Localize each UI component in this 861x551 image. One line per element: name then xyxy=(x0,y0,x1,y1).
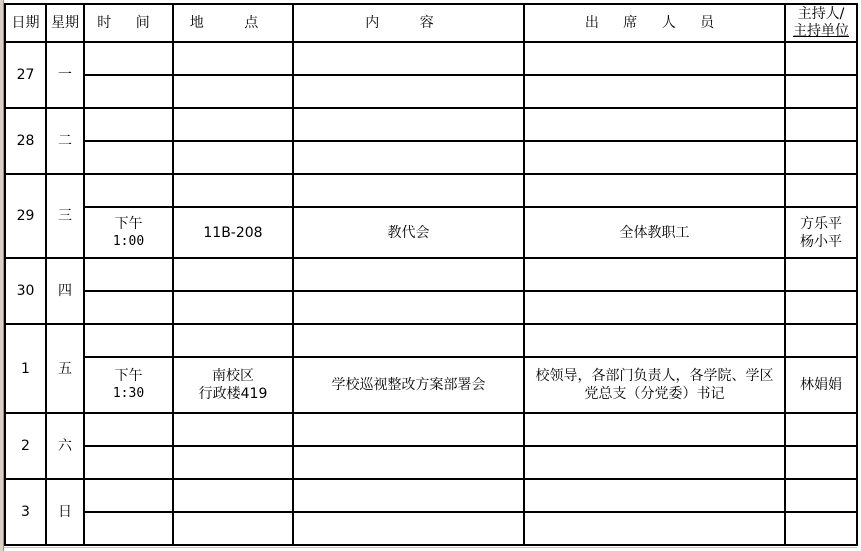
header-attendees: 出 席 人 员 xyxy=(524,4,785,42)
header-row: 日期 星期 时 间 地 点 内 容 出 席 人 员 主持人/ 主持单位 xyxy=(5,4,857,42)
attendees-cell[interactable] xyxy=(524,291,785,324)
time-cell[interactable] xyxy=(84,174,173,207)
header-host-line1: 主持人/ xyxy=(786,6,856,23)
attendees-cell[interactable] xyxy=(524,512,785,545)
content-cell[interactable] xyxy=(293,174,524,207)
weekday-cell[interactable]: 五 xyxy=(46,324,84,413)
table-row xyxy=(5,512,857,545)
weekday-cell[interactable]: 四 xyxy=(46,258,84,324)
place-cell[interactable] xyxy=(173,512,293,545)
host-cell[interactable] xyxy=(785,75,857,108)
weekday-cell[interactable]: 日 xyxy=(46,479,84,545)
table-row: 29 三 xyxy=(5,174,857,207)
table-row: 3 日 xyxy=(5,479,857,512)
time-cell[interactable] xyxy=(84,324,173,357)
host-cell[interactable] xyxy=(785,108,857,141)
host-cell[interactable] xyxy=(785,291,857,324)
attendees-cell[interactable] xyxy=(524,413,785,446)
time-line1: 下午 xyxy=(85,215,172,233)
date-cell[interactable]: 30 xyxy=(5,258,46,324)
host-cell[interactable] xyxy=(785,512,857,545)
header-time: 时 间 xyxy=(84,4,173,42)
time-cell[interactable] xyxy=(84,258,173,291)
attendees-cell[interactable] xyxy=(524,258,785,291)
place-cell[interactable] xyxy=(173,141,293,174)
weekday-cell[interactable]: 二 xyxy=(46,108,84,174)
date-cell[interactable]: 2 xyxy=(5,413,46,479)
place-cell[interactable] xyxy=(173,108,293,141)
host-line1: 方乐平 xyxy=(786,215,856,233)
place-cell[interactable] xyxy=(173,324,293,357)
host-line2: 杨小平 xyxy=(786,233,856,251)
meeting-schedule-table: 日期 星期 时 间 地 点 内 容 出 席 人 员 主持人/ 主持单位 27 一… xyxy=(4,3,858,546)
place-line1: 11B-208 xyxy=(174,224,292,242)
attendees-cell[interactable] xyxy=(524,324,785,357)
table-row xyxy=(5,291,857,324)
attendees-cell[interactable] xyxy=(524,42,785,75)
weekday-cell[interactable]: 一 xyxy=(46,42,84,108)
time-line2: 1:00 xyxy=(85,233,172,251)
header-host: 主持人/ 主持单位 xyxy=(785,4,857,42)
place-cell[interactable] xyxy=(173,42,293,75)
host-cell[interactable] xyxy=(785,324,857,357)
content-cell[interactable] xyxy=(293,512,524,545)
table-row: 1 五 xyxy=(5,324,857,357)
content-cell[interactable]: 学校巡视整改方案部署会 xyxy=(293,357,524,413)
attendees-line2: 党总支（分党委）书记 xyxy=(525,385,784,403)
content-cell[interactable] xyxy=(293,75,524,108)
attendees-cell[interactable]: 全体教职工 xyxy=(524,207,785,258)
table-row: 27 一 xyxy=(5,42,857,75)
host-line1: 林娟娟 xyxy=(786,376,856,394)
host-cell[interactable] xyxy=(785,141,857,174)
content-cell[interactable]: 教代会 xyxy=(293,207,524,258)
time-line2: 1:30 xyxy=(85,385,172,403)
place-cell[interactable] xyxy=(173,291,293,324)
time-cell[interactable] xyxy=(84,75,173,108)
host-cell[interactable]: 林娟娟 xyxy=(785,357,857,413)
attendees-cell[interactable] xyxy=(524,174,785,207)
place-cell[interactable] xyxy=(173,75,293,108)
header-content: 内 容 xyxy=(293,4,524,42)
content-cell[interactable] xyxy=(293,413,524,446)
date-cell[interactable]: 1 xyxy=(5,324,46,413)
header-host-line2: 主持单位 xyxy=(786,23,856,40)
content-cell[interactable] xyxy=(293,324,524,357)
table-row xyxy=(5,75,857,108)
place-cell[interactable] xyxy=(173,479,293,512)
host-cell[interactable] xyxy=(785,479,857,512)
host-cell[interactable] xyxy=(785,174,857,207)
weekday-cell[interactable]: 三 xyxy=(46,174,84,258)
time-cell[interactable] xyxy=(84,141,173,174)
time-cell[interactable] xyxy=(84,108,173,141)
date-cell[interactable]: 3 xyxy=(5,479,46,545)
content-cell[interactable] xyxy=(293,479,524,512)
table-row: 30 四 xyxy=(5,258,857,291)
place-line1: 南校区 xyxy=(174,367,292,385)
weekday-cell[interactable]: 六 xyxy=(46,413,84,479)
content-cell[interactable] xyxy=(293,42,524,75)
time-cell[interactable] xyxy=(84,446,173,479)
date-cell[interactable]: 29 xyxy=(5,174,46,258)
host-cell[interactable] xyxy=(785,258,857,291)
attendees-cell[interactable] xyxy=(524,141,785,174)
date-cell[interactable]: 27 xyxy=(5,42,46,108)
time-cell[interactable] xyxy=(84,42,173,75)
time-cell[interactable] xyxy=(84,413,173,446)
attendees-cell[interactable] xyxy=(524,479,785,512)
content-cell[interactable] xyxy=(293,108,524,141)
attendees-line1: 校领导，各部门负责人，各学院、学区 xyxy=(525,367,784,385)
date-cell[interactable]: 28 xyxy=(5,108,46,174)
time-cell[interactable]: 下午1:00 xyxy=(84,207,173,258)
host-cell[interactable] xyxy=(785,446,857,479)
attendees-cell[interactable] xyxy=(524,446,785,479)
host-cell[interactable] xyxy=(785,42,857,75)
place-cell[interactable] xyxy=(173,446,293,479)
place-line2: 行政楼419 xyxy=(174,385,292,403)
header-date: 日期 xyxy=(5,4,46,42)
content-cell[interactable] xyxy=(293,291,524,324)
time-cell[interactable] xyxy=(84,291,173,324)
content-cell[interactable] xyxy=(293,446,524,479)
content-cell[interactable] xyxy=(293,258,524,291)
time-cell[interactable]: 下午1:30 xyxy=(84,357,173,413)
header-place: 地 点 xyxy=(173,4,293,42)
time-cell[interactable] xyxy=(84,479,173,512)
table-row: 下午1:30 南校区行政楼419 学校巡视整改方案部署会 校领导，各部门负责人，… xyxy=(5,357,857,413)
table-row xyxy=(5,141,857,174)
place-cell[interactable]: 南校区行政楼419 xyxy=(173,357,293,413)
attendees-line1: 全体教职工 xyxy=(525,224,784,242)
table-row: 2 六 xyxy=(5,413,857,446)
sheet-gridline xyxy=(4,547,857,548)
table-row: 下午1:00 11B-208 教代会 全体教职工 方乐平杨小平 xyxy=(5,207,857,258)
attendees-cell[interactable] xyxy=(524,108,785,141)
host-cell[interactable] xyxy=(785,413,857,446)
place-cell[interactable] xyxy=(173,413,293,446)
header-weekday: 星期 xyxy=(46,4,84,42)
place-cell[interactable]: 11B-208 xyxy=(173,207,293,258)
host-cell[interactable]: 方乐平杨小平 xyxy=(785,207,857,258)
time-line1: 下午 xyxy=(85,367,172,385)
place-cell[interactable] xyxy=(173,174,293,207)
attendees-cell[interactable]: 校领导，各部门负责人，各学院、学区党总支（分党委）书记 xyxy=(524,357,785,413)
content-cell[interactable] xyxy=(293,141,524,174)
place-cell[interactable] xyxy=(173,258,293,291)
table-row: 28 二 xyxy=(5,108,857,141)
time-cell[interactable] xyxy=(84,512,173,545)
attendees-cell[interactable] xyxy=(524,75,785,108)
table-row xyxy=(5,446,857,479)
